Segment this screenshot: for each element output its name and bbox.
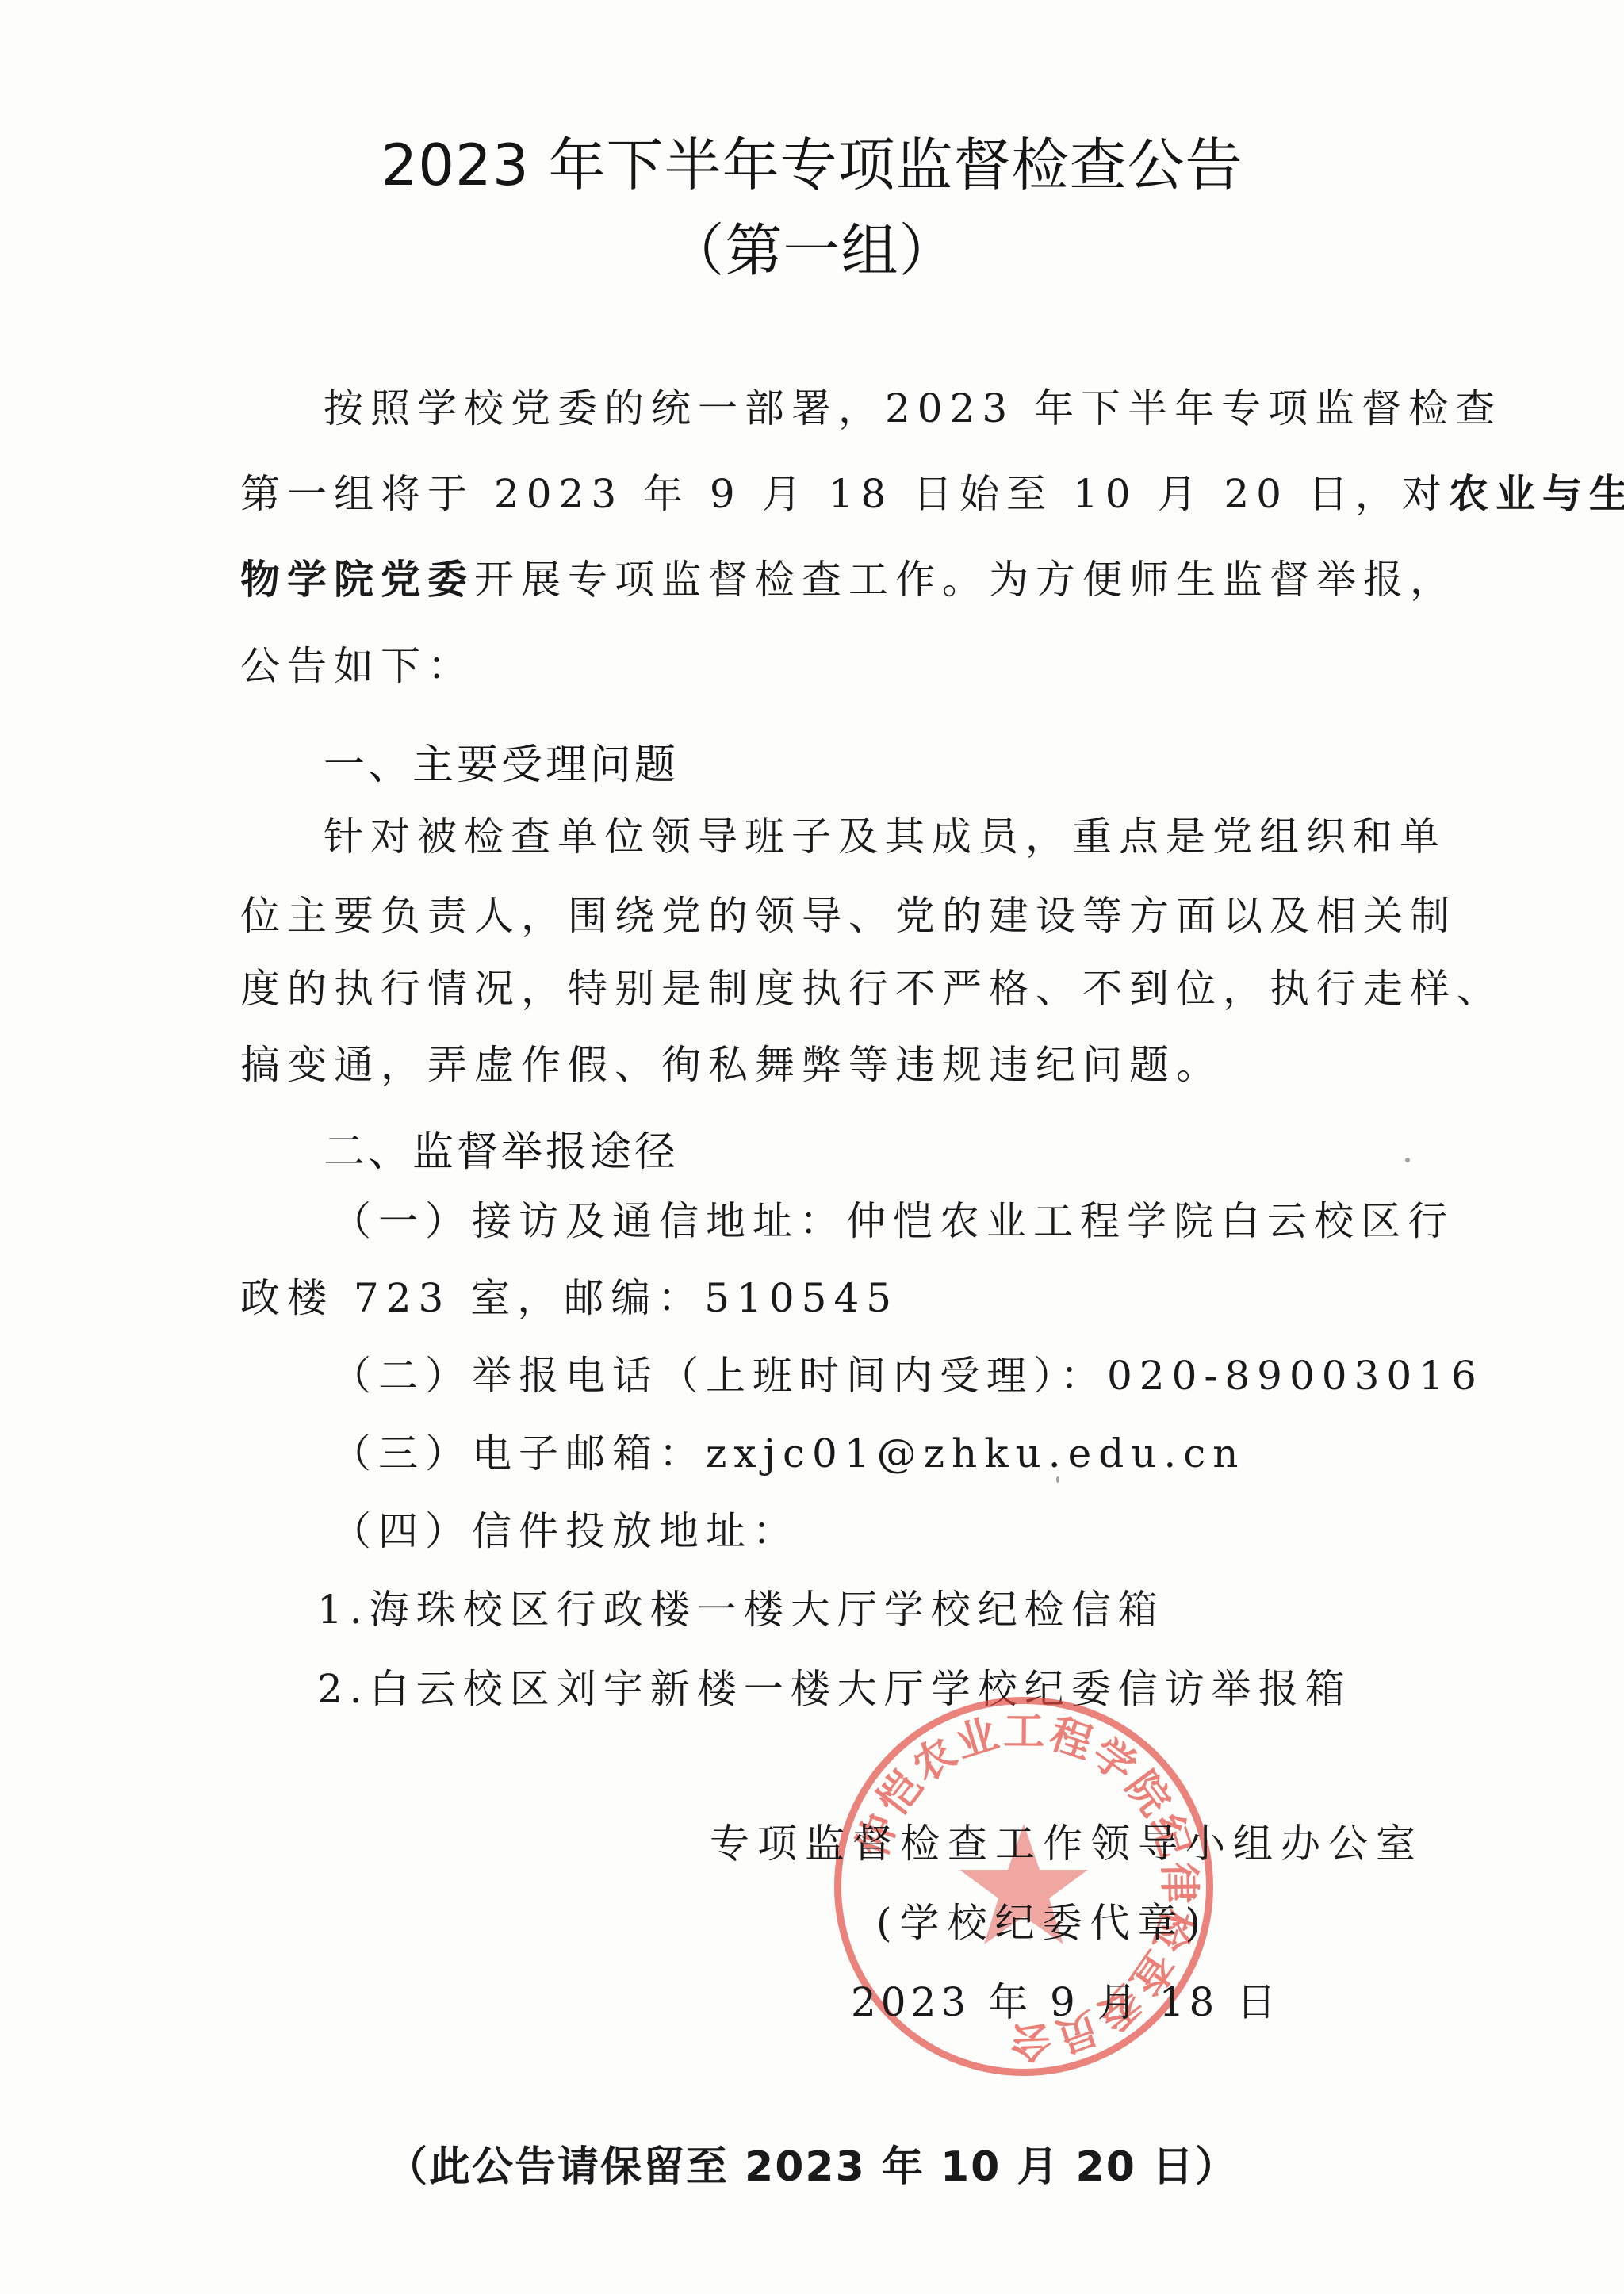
scan-speck: [1405, 1158, 1410, 1162]
mailbox-haizhu: 1.海珠校区行政楼一楼大厅学校纪检信箱: [317, 1590, 1165, 1630]
seal-note: (学校纪委代章): [876, 1903, 1208, 1943]
intro-line-1: 按照学校党委的统一部署，2023 年下半年专项监督检查: [324, 389, 1502, 428]
section2-heading: 二、监督举报途径: [324, 1118, 679, 1178]
channel-address-line-1: （一）接访及通信地址：仲恺农业工程学院白云校区行: [331, 1201, 1454, 1241]
intro-line-3: 物学院党委开展专项监督检查工作。为方便师生监督举报，: [240, 560, 1457, 599]
document-subtitle: （第一组）: [0, 205, 1624, 287]
bold-unit-name-part2: 物学院党委: [240, 557, 474, 603]
intro-line-2: 第一组将于 2023 年 9 月 18 日始至 10 月 20 日，对农业与生: [240, 474, 1624, 514]
channel-mail-drop-label: （四）信件投放地址：: [331, 1511, 799, 1551]
section1-line-3: 度的执行情况，特别是制度执行不严格、不到位，执行走样、: [240, 969, 1503, 1009]
section1-line-1: 针对被检查单位领导班子及其成员，重点是党组织和单: [324, 817, 1446, 856]
bold-unit-name-part1: 农业与生: [1449, 471, 1624, 517]
channel-email: （三）电子邮箱：zxjc01@zhku.edu.cn: [331, 1434, 1246, 1473]
notice-page: 2023 年下半年专项监督检查公告 （第一组） 按照学校党委的统一部署，2023…: [0, 0, 1624, 2294]
intro-line-4: 公告如下：: [240, 646, 474, 686]
issue-date: 2023 年 9 月 18 日: [851, 1982, 1281, 2022]
scan-speck: [1056, 1476, 1059, 1483]
channel-phone: （二）举报电话（上班时间内受理）：020-89003016: [331, 1356, 1484, 1396]
issuing-office: 专项监督检查工作领导小组办公室: [710, 1824, 1423, 1863]
section1-line-4: 搞变通，弄虚作假、徇私舞弊等违规违纪问题。: [240, 1045, 1223, 1085]
document-title: 2023 年下半年专项监督检查公告: [0, 119, 1624, 201]
section1-line-2: 位主要负责人，围绕党的领导、党的建设等方面以及相关制: [240, 896, 1457, 936]
channel-address-line-2: 政楼 723 室，邮编：510545: [240, 1278, 898, 1318]
section1-heading: 一、主要受理问题: [324, 731, 679, 791]
retention-note: （此公告请保留至 2023 年 10 月 20 日）: [0, 2133, 1624, 2193]
